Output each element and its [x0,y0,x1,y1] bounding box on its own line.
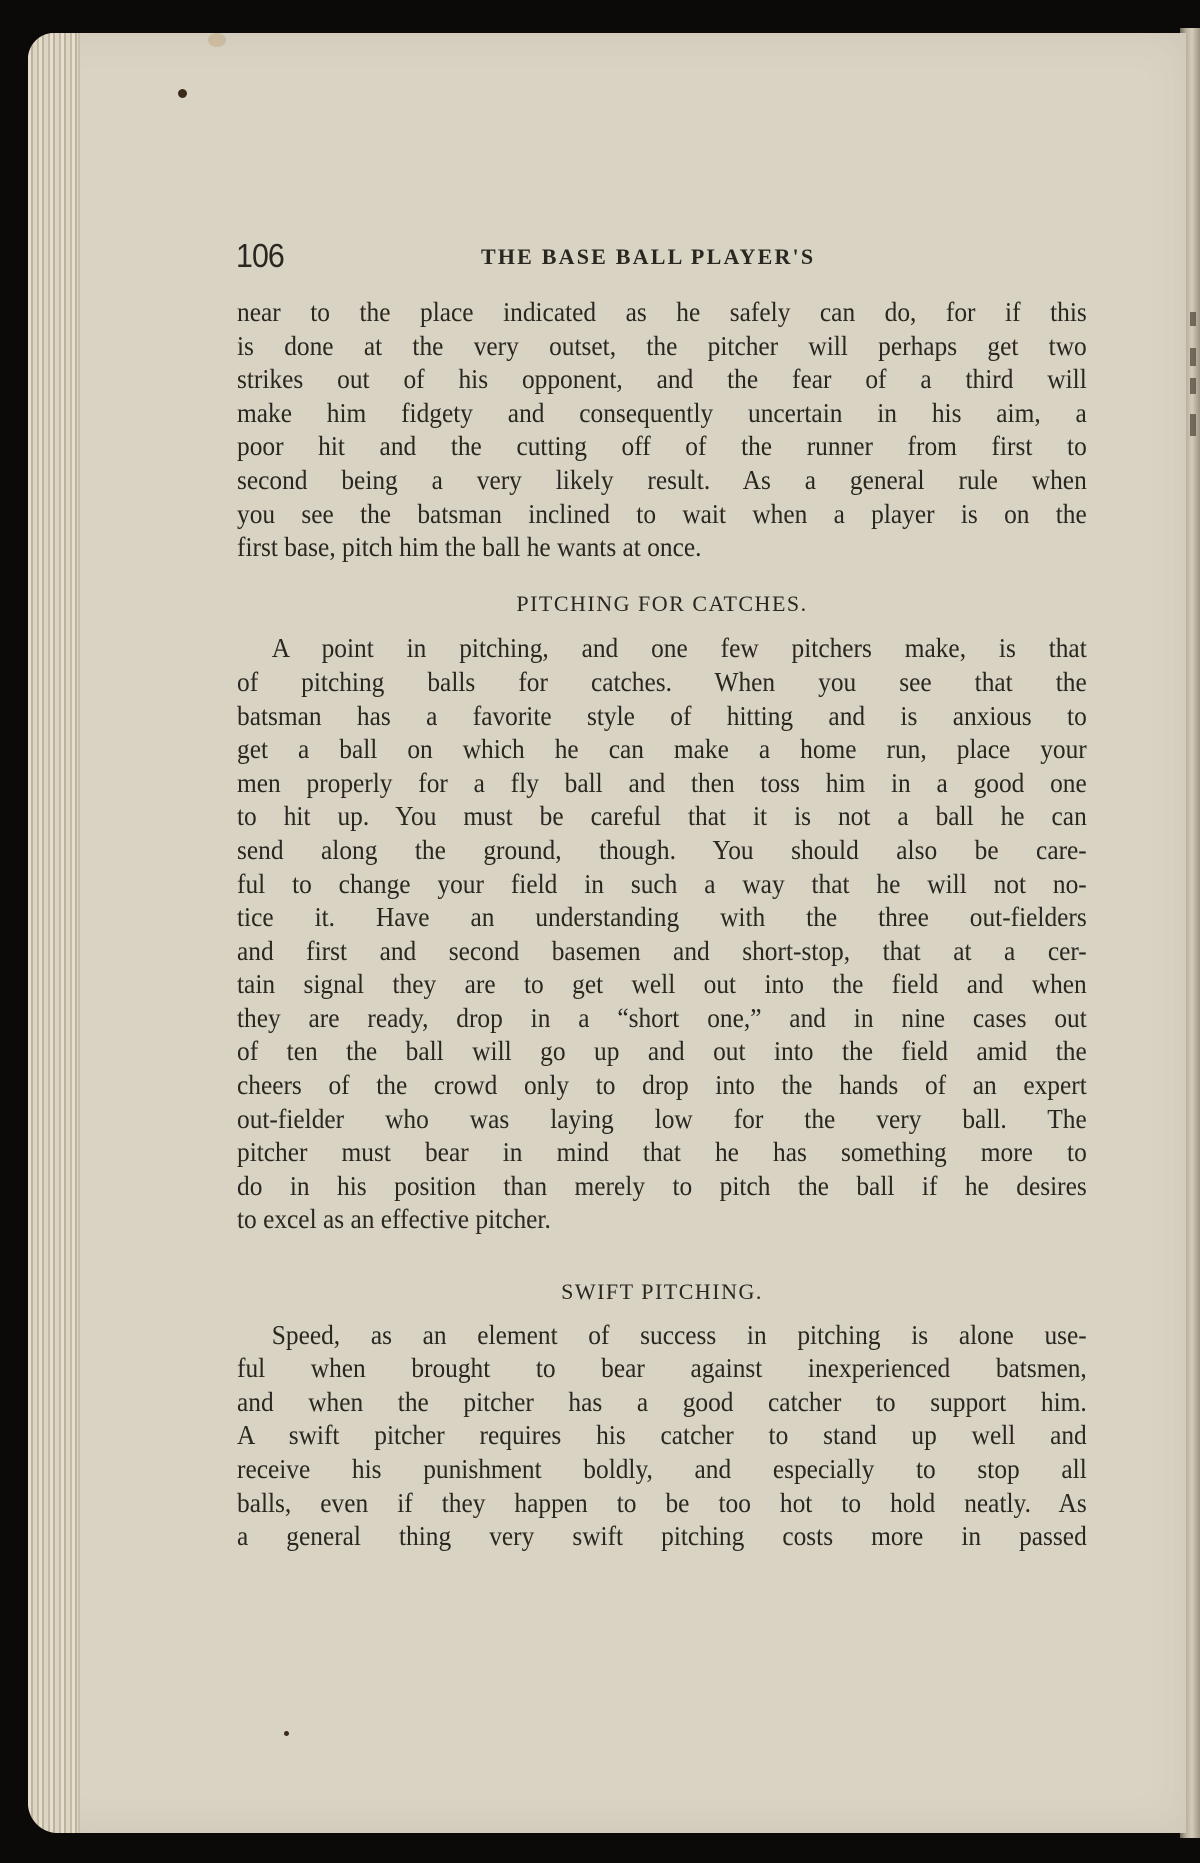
ink-spot [284,1731,289,1736]
paragraph-pitching-for-catches: A point in pitching, and one few pitcher… [237,632,1087,1237]
text-line: balls, even if they happen to be too hot… [237,1487,1087,1521]
text-line: second being a very likely result. As a … [237,464,1087,498]
text-line: Speed, as an element of success in pitch… [237,1319,1087,1353]
facing-page-text-fragment [1190,348,1196,366]
text-line: pitcher must bear in mind that he has so… [237,1136,1087,1170]
text-line: men properly for a fly ball and then tos… [237,767,1087,801]
text-line: poor hit and the cutting off of the runn… [237,430,1087,464]
text-line: of pitching balls for catches. When you … [237,666,1087,700]
text-line: and first and second basemen and short-s… [237,935,1087,969]
text-line: ful when brought to bear against inexper… [237,1352,1087,1386]
ink-spot [178,89,187,98]
paragraph-continuation: near to the place indicated as he safely… [237,296,1087,565]
text-line: A point in pitching, and one few pitcher… [237,632,1087,666]
section-heading-pitching-for-catches: PITCHING FOR CATCHES. [237,587,1087,621]
text-line: tain signal they are to get well out int… [237,968,1087,1002]
page-body: near to the place indicated as he safely… [237,296,1087,1554]
text-line: tice it. Have an understanding with the … [237,901,1087,935]
text-line: A swift pitcher requires his catcher to … [237,1419,1087,1453]
page-number: 106 [236,236,284,276]
text-line: receive his punishment boldly, and espec… [237,1453,1087,1487]
text-line: is done at the very outset, the pitcher … [237,330,1087,364]
running-title: THE BASE BALL PLAYER'S [481,240,815,274]
page-edge-stack [28,33,80,1833]
text-line: cheers of the crowd only to drop into th… [237,1069,1087,1103]
running-head: 106 THE BASE BALL PLAYER'S [236,236,1096,276]
text-line: to hit up. You must be careful that it i… [237,800,1087,834]
text-line: out-fielder who was laying low for the v… [237,1103,1087,1137]
text-line: ful to change your field in such a way t… [237,868,1087,902]
text-line: make him fidgety and consequently uncert… [237,397,1087,431]
facing-page-text-fragment [1190,378,1196,394]
text-line: do in his position than merely to pitch … [237,1170,1087,1204]
paper-stain [208,33,226,47]
facing-page-text-fragment [1190,312,1196,326]
text-line: a general thing very swift pitching cost… [237,1520,1087,1554]
section-heading-swift-pitching: SWIFT PITCHING. [237,1275,1087,1309]
text-line: strikes out of his opponent, and the fea… [237,363,1087,397]
text-line: get a ball on which he can make a home r… [237,733,1087,767]
facing-page-text-fragment [1190,414,1196,436]
text-line: they are ready, drop in a “short one,” a… [237,1002,1087,1036]
text-line: to excel as an effective pitcher. [237,1203,1087,1237]
text-line: and when the pitcher has a good catcher … [237,1386,1087,1420]
text-line: of ten the ball will go up and out into … [237,1035,1087,1069]
text-line: near to the place indicated as he safely… [237,296,1087,330]
paragraph-swift-pitching: Speed, as an element of success in pitch… [237,1319,1087,1554]
text-line: you see the batsman inclined to wait whe… [237,498,1087,532]
text-line: send along the ground, though. You shoul… [237,834,1087,868]
text-line: batsman has a favorite style of hitting … [237,700,1087,734]
text-line: first base, pitch him the ball he wants … [237,531,1087,565]
